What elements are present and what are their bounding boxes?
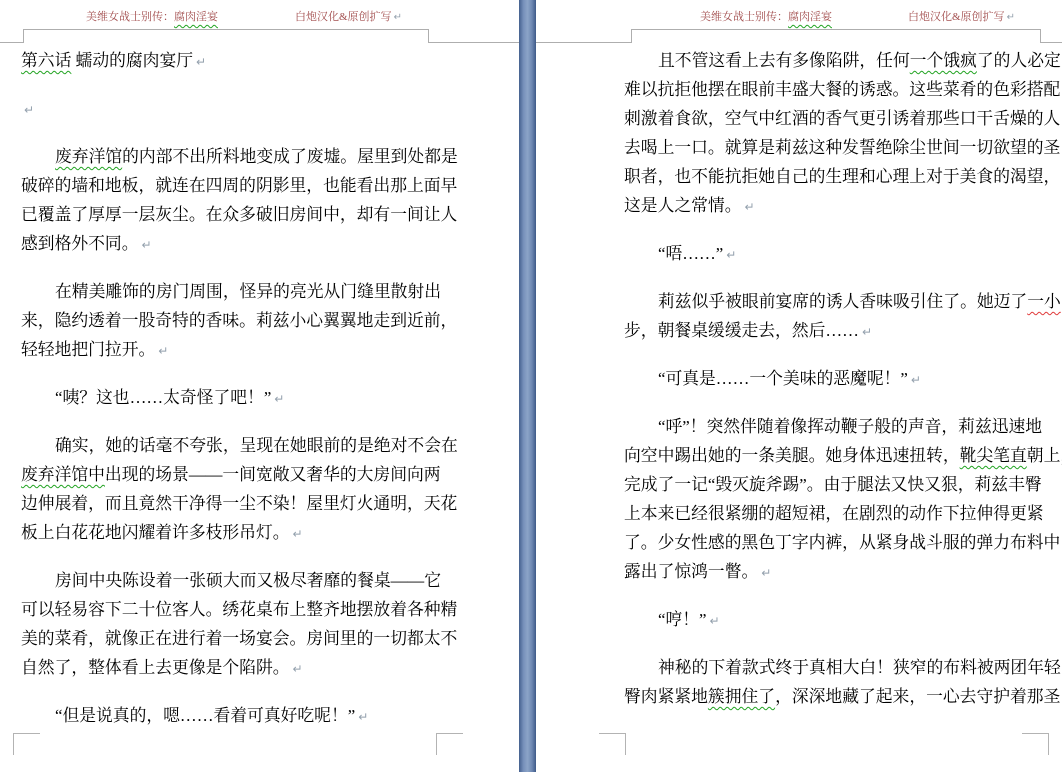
text-segment: “哼！” — [658, 610, 706, 629]
text-line[interactable]: 来，隐约透着一股奇特的香味。莉兹小心翼翼地走到近前， — [21, 306, 493, 335]
text-segment: 步，朝餐桌缓缓走去，然后…… — [624, 321, 859, 340]
paragraph-mark: ↵ — [761, 566, 771, 580]
text-segment: 在精美雕饰的房门周围，怪异的亮光从门缝里散射出 — [55, 282, 441, 301]
text-line[interactable]: 第六话 蠕动的腐肉宴厅↵ — [21, 46, 493, 75]
text-line[interactable]: ↵ — [21, 94, 493, 123]
paragraph: “可真是……一个美味的恶魔呢！”↵ — [624, 364, 1061, 393]
text-line[interactable]: “咦？这也……太奇怪了吧！”↵ — [21, 383, 493, 412]
grammar-check-underline-text: 一个饿疯 — [910, 51, 977, 70]
text-line[interactable]: 露出了惊鸿一瞥。↵ — [624, 557, 1061, 586]
header-credit-text: 白炮汉化&原创扩写 — [295, 11, 392, 23]
text-line[interactable]: 职者，也不能抗拒她自己的生理和心理上对于美食的渴望， — [624, 162, 1061, 191]
header-boundary-step — [428, 29, 429, 43]
header-series-name: 腐肉淫宴 — [174, 11, 218, 23]
text-line[interactable]: “呼”！突然伴随着像挥动鞭子般的声音，莉兹迅速地 — [624, 412, 1061, 441]
paragraph-mark: ↵ — [726, 248, 736, 262]
text-line[interactable]: 感到格外不同。↵ — [21, 229, 493, 258]
page-left: 美维女战士别传：腐肉淫宴 白炮汉化&原创扩写↵ 第六话 蠕动的腐肉宴厅↵↵废弃洋… — [0, 0, 519, 772]
header-boundary-step — [631, 29, 632, 43]
page-right-text-area[interactable]: 且不管这看上去有多像陷阱，任何一个饿疯了的人必定难以抗拒他摆在眼前丰盛大餐的诱惑… — [624, 46, 1061, 730]
paragraph: “但是说真的，嗯……看着可真好吃呢！”↵ — [21, 701, 493, 730]
header-boundary-step — [1040, 29, 1041, 43]
text-segment: “但是说真的，嗯……看着可真好吃呢！” — [55, 706, 355, 725]
paragraph-mark: ↵ — [274, 392, 284, 406]
text-line[interactable]: 确实，她的话毫不夸张，呈现在她眼前的是绝对不会在 — [21, 431, 493, 460]
text-line[interactable]: 了。少女性感的黑色丁字内裤，从紧身战斗服的弹力布料中 — [624, 528, 1061, 557]
paragraph: “唔……”↵ — [624, 239, 1061, 268]
header-boundary-line — [0, 42, 23, 43]
margin-crop-mark — [599, 733, 626, 755]
text-line[interactable]: 可以轻易容下二十位客人。绣花桌布上整齐地摆放着各种精 — [21, 595, 493, 624]
text-segment: 板上白花花地闪耀着许多枝形吊灯。 — [21, 523, 290, 542]
spellcheck-underline-text: 一小 — [1027, 292, 1061, 311]
grammar-check-underline-text: 第六话 — [21, 51, 71, 70]
text-segment: 可以轻易容下二十位客人。绣花桌布上整齐地摆放着各种精 — [21, 600, 457, 619]
text-line[interactable]: 房间中央陈设着一张硕大而又极尽奢靡的餐桌——它 — [21, 566, 493, 595]
text-segment: “咦？这也……太奇怪了吧！” — [55, 388, 271, 407]
text-line[interactable]: “可真是……一个美味的恶魔呢！”↵ — [624, 364, 1061, 393]
paragraph-mark: ↵ — [862, 325, 872, 339]
text-line[interactable]: 破碎的墙和地板，就连在四周的阴影里，也能看出那上面早 — [21, 171, 493, 200]
text-segment: 自然了，整体看上去更像是个陷阱。 — [21, 658, 290, 677]
text-segment: 出现的场景——一间宽敞又奢华的大房间向两 — [105, 465, 441, 484]
page-right-header-credit[interactable]: 白炮汉化&原创扩写↵ — [908, 10, 1015, 25]
text-segment: 神秘的下着款式终于真相大白！狭窄的布料被两团年轻 — [658, 658, 1061, 677]
text-line[interactable]: 向空中踢出她的一条美腿。她身体迅速扭转，靴尖笔直朝上， — [624, 441, 1061, 470]
paragraph-mark: ↵ — [358, 710, 368, 724]
text-segment: 确实，她的话毫不夸张，呈现在她眼前的是绝对不会在 — [55, 436, 458, 455]
text-segment: 了。少女性感的黑色丁字内裤，从紧身战斗服的弹力布料中 — [624, 533, 1060, 552]
paragraph: 第六话 蠕动的腐肉宴厅↵ — [21, 46, 493, 75]
text-segment: 去喝上一口。就算是莉兹这种发誓绝除尘世间一切欲望的圣 — [624, 138, 1060, 157]
paragraph: 且不管这看上去有多像陷阱，任何一个饿疯了的人必定难以抗拒他摆在眼前丰盛大餐的诱惑… — [624, 46, 1061, 220]
header-boundary-line — [23, 29, 428, 30]
text-line[interactable]: 上本来已经很紧绷的超短裙，在剧烈的动作下拉伸得更紧 — [624, 499, 1061, 528]
text-segment: 朝上， — [1027, 446, 1062, 465]
text-segment: “呼”！突然伴随着像挥动鞭子般的声音，莉兹迅速地 — [658, 417, 1042, 436]
page-left-header-title[interactable]: 美维女战士别传：腐肉淫宴 — [86, 10, 218, 24]
text-segment: 臀肉紧紧地 — [624, 687, 708, 706]
header-boundary-step — [23, 29, 24, 43]
text-segment: “可真是……一个美味的恶魔呢！” — [658, 369, 908, 388]
text-line[interactable]: 美的菜肴，就像正在进行着一场宴会。房间里的一切都太不 — [21, 624, 493, 653]
text-line[interactable]: 神秘的下着款式终于真相大白！狭窄的布料被两团年轻 — [624, 653, 1061, 682]
text-segment: 职者，也不能抗拒她自己的生理和心理上对于美食的渴望， — [624, 167, 1060, 186]
text-segment: 莉兹似乎被眼前宴席的诱人香味吸引住了。她迈了 — [658, 292, 1027, 311]
paragraph: “呼”！突然伴随着像挥动鞭子般的声音，莉兹迅速地向空中踢出她的一条美腿。她身体迅… — [624, 412, 1061, 586]
text-line[interactable]: 已覆盖了厚厚一层灰尘。在众多破旧房间中，却有一间让人 — [21, 200, 493, 229]
paragraph-mark: ↵ — [1007, 12, 1015, 23]
grammar-check-underline-text: 簇拥住了 — [708, 687, 775, 706]
text-segment: 美的菜肴，就像正在进行着一场宴会。房间里的一切都太不 — [21, 629, 457, 648]
paragraph: “哼！”↵ — [624, 605, 1061, 634]
page-left-header-credit[interactable]: 白炮汉化&原创扩写↵ — [295, 10, 402, 25]
page-gutter-divider — [519, 0, 536, 772]
text-line[interactable]: 难以抗拒他摆在眼前丰盛大餐的诱惑。这些菜肴的色彩搭配 — [624, 75, 1061, 104]
text-line[interactable]: 完成了一记“毁灭旋斧踢”。由于腿法又快又狠，莉兹丰臀 — [624, 470, 1061, 499]
grammar-check-underline-text: 靴尖笔直 — [960, 446, 1027, 465]
text-segment: 轻轻地把门拉开。 — [21, 340, 155, 359]
margin-crop-mark — [436, 733, 463, 755]
paragraph: 神秘的下着款式终于真相大白！狭窄的布料被两团年轻臀肉紧紧地簇拥住了，深深地藏了起… — [624, 653, 1061, 711]
text-segment: 蠕动的腐肉宴厅 — [71, 51, 193, 70]
margin-crop-mark — [1022, 733, 1049, 755]
paragraph-mark: ↵ — [24, 103, 34, 117]
text-segment: 来，隐约透着一股奇特的香味。莉兹小心翼翼地走到近前， — [21, 311, 457, 330]
text-segment: 向空中踢出她的一条美腿。她身体迅速扭转， — [624, 446, 960, 465]
paragraph: 在精美雕饰的房门周围，怪异的亮光从门缝里散射出来，隐约透着一股奇特的香味。莉兹小… — [21, 277, 493, 364]
paragraph-mark: ↵ — [293, 662, 303, 676]
text-line[interactable]: “但是说真的，嗯……看着可真好吃呢！”↵ — [21, 701, 493, 730]
text-segment: 上本来已经很紧绷的超短裙，在剧烈的动作下拉伸得更紧 — [624, 504, 1044, 523]
paragraph: ↵ — [21, 94, 493, 123]
text-segment: 边伸展着，而且竟然干净得一尘不染！屋里灯火通明，天花 — [21, 494, 457, 513]
text-segment: 这是人之常情。 — [624, 196, 741, 215]
text-segment: 破碎的墙和地板，就连在四周的阴影里，也能看出那上面早 — [21, 176, 457, 195]
text-line[interactable]: 废弃洋馆中出现的场景——一间宽敞又奢华的大房间向两 — [21, 460, 493, 489]
text-segment: 且不管这看上去有多像陷阱，任何 — [658, 51, 910, 70]
paragraph-mark: ↵ — [744, 200, 754, 214]
text-line[interactable]: 步，朝餐桌缓缓走去，然后……↵ — [624, 316, 1061, 345]
text-line[interactable]: 自然了，整体看上去更像是个陷阱。↵ — [21, 653, 493, 682]
word-two-page-view: { "app": { "view": "print-layout-two-pag… — [0, 0, 1062, 772]
header-credit-text: 白炮汉化&原创扩写 — [908, 11, 1005, 23]
margin-crop-mark — [13, 733, 40, 755]
grammar-check-underline-text: 废弃洋馆中 — [21, 465, 105, 484]
page-right: 美维女战士别传：腐肉淫宴 白炮汉化&原创扩写↵ 且不管这看上去有多像陷阱，任何一… — [536, 0, 1062, 772]
text-line[interactable]: 刺激着食欲，空气中红酒的香气更引诱着那些口干舌燥的人 — [624, 104, 1061, 133]
header-series-prefix: 美维女战士别传： — [700, 11, 788, 23]
paragraph-mark: ↵ — [709, 614, 719, 628]
text-segment: 了的人必定 — [977, 51, 1061, 70]
page-left-text-area[interactable]: 第六话 蠕动的腐肉宴厅↵↵废弃洋馆的内部不出所料地变成了废墟。屋里到处都是破碎的… — [21, 46, 493, 749]
text-segment: 已覆盖了厚厚一层灰尘。在众多破旧房间中，却有一间让人 — [21, 205, 457, 224]
paragraph-mark: ↵ — [293, 527, 303, 541]
page-right-header-title[interactable]: 美维女战士别传：腐肉淫宴 — [700, 10, 832, 24]
text-segment: 感到格外不同。 — [21, 234, 138, 253]
header-boundary-line — [428, 42, 519, 43]
header-boundary-line — [1040, 42, 1062, 43]
text-segment: “唔……” — [658, 244, 723, 263]
paragraph-mark: ↵ — [394, 12, 402, 23]
text-segment: ，深深地藏了起来，一心去守护着那圣 — [775, 687, 1060, 706]
paragraph-mark: ↵ — [196, 55, 206, 69]
header-boundary-line — [631, 29, 1040, 30]
text-line[interactable]: 莉兹似乎被眼前宴席的诱人香味吸引住了。她迈了一小 — [624, 287, 1061, 316]
paragraph-mark: ↵ — [911, 373, 921, 387]
text-segment: 的内部不出所料地变成了废墟。屋里到处都是 — [122, 147, 458, 166]
paragraph-mark: ↵ — [158, 344, 168, 358]
text-line[interactable]: 在精美雕饰的房门周围，怪异的亮光从门缝里散射出 — [21, 277, 493, 306]
text-line[interactable]: 轻轻地把门拉开。↵ — [21, 335, 493, 364]
paragraph: “咦？这也……太奇怪了吧！”↵ — [21, 383, 493, 412]
text-line[interactable]: “唔……”↵ — [624, 239, 1061, 268]
paragraph: 废弃洋馆的内部不出所料地变成了废墟。屋里到处都是破碎的墙和地板，就连在四周的阴影… — [21, 142, 493, 258]
text-segment: 完成了一记“毁灭旋斧踢”。由于腿法又快又狠，莉兹丰臀 — [624, 475, 1042, 494]
text-segment: 难以抗拒他摆在眼前丰盛大餐的诱惑。这些菜肴的色彩搭配 — [624, 80, 1060, 99]
paragraph: 房间中央陈设着一张硕大而又极尽奢靡的餐桌——它可以轻易容下二十位客人。绣花桌布上… — [21, 566, 493, 682]
text-line[interactable]: 废弃洋馆的内部不出所料地变成了废墟。屋里到处都是 — [21, 142, 493, 171]
paragraph-mark: ↵ — [141, 238, 151, 252]
text-segment: 刺激着食欲，空气中红酒的香气更引诱着那些口干舌燥的人 — [624, 109, 1060, 128]
text-line[interactable]: 且不管这看上去有多像陷阱，任何一个饿疯了的人必定 — [624, 46, 1061, 75]
text-segment: 露出了惊鸿一瞥。 — [624, 562, 758, 581]
text-line[interactable]: “哼！”↵ — [624, 605, 1061, 634]
text-segment: 房间中央陈设着一张硕大而又极尽奢靡的餐桌——它 — [55, 571, 441, 590]
text-line[interactable]: 这是人之常情。↵ — [624, 191, 1061, 220]
header-boundary-line — [536, 42, 631, 43]
text-line[interactable]: 臀肉紧紧地簇拥住了，深深地藏了起来，一心去守护着那圣 — [624, 682, 1061, 711]
text-line[interactable]: 边伸展着，而且竟然干净得一尘不染！屋里灯火通明，天花 — [21, 489, 493, 518]
text-line[interactable]: 去喝上一口。就算是莉兹这种发誓绝除尘世间一切欲望的圣 — [624, 133, 1061, 162]
header-series-prefix: 美维女战士别传： — [86, 11, 174, 23]
paragraph: 莉兹似乎被眼前宴席的诱人香味吸引住了。她迈了一小步，朝餐桌缓缓走去，然后……↵ — [624, 287, 1061, 345]
grammar-check-underline-text: 废弃洋馆 — [55, 147, 122, 166]
paragraph: 确实，她的话毫不夸张，呈现在她眼前的是绝对不会在废弃洋馆中出现的场景——一间宽敞… — [21, 431, 493, 547]
text-line[interactable]: 板上白花花地闪耀着许多枝形吊灯。↵ — [21, 518, 493, 547]
header-series-name: 腐肉淫宴 — [788, 11, 832, 23]
